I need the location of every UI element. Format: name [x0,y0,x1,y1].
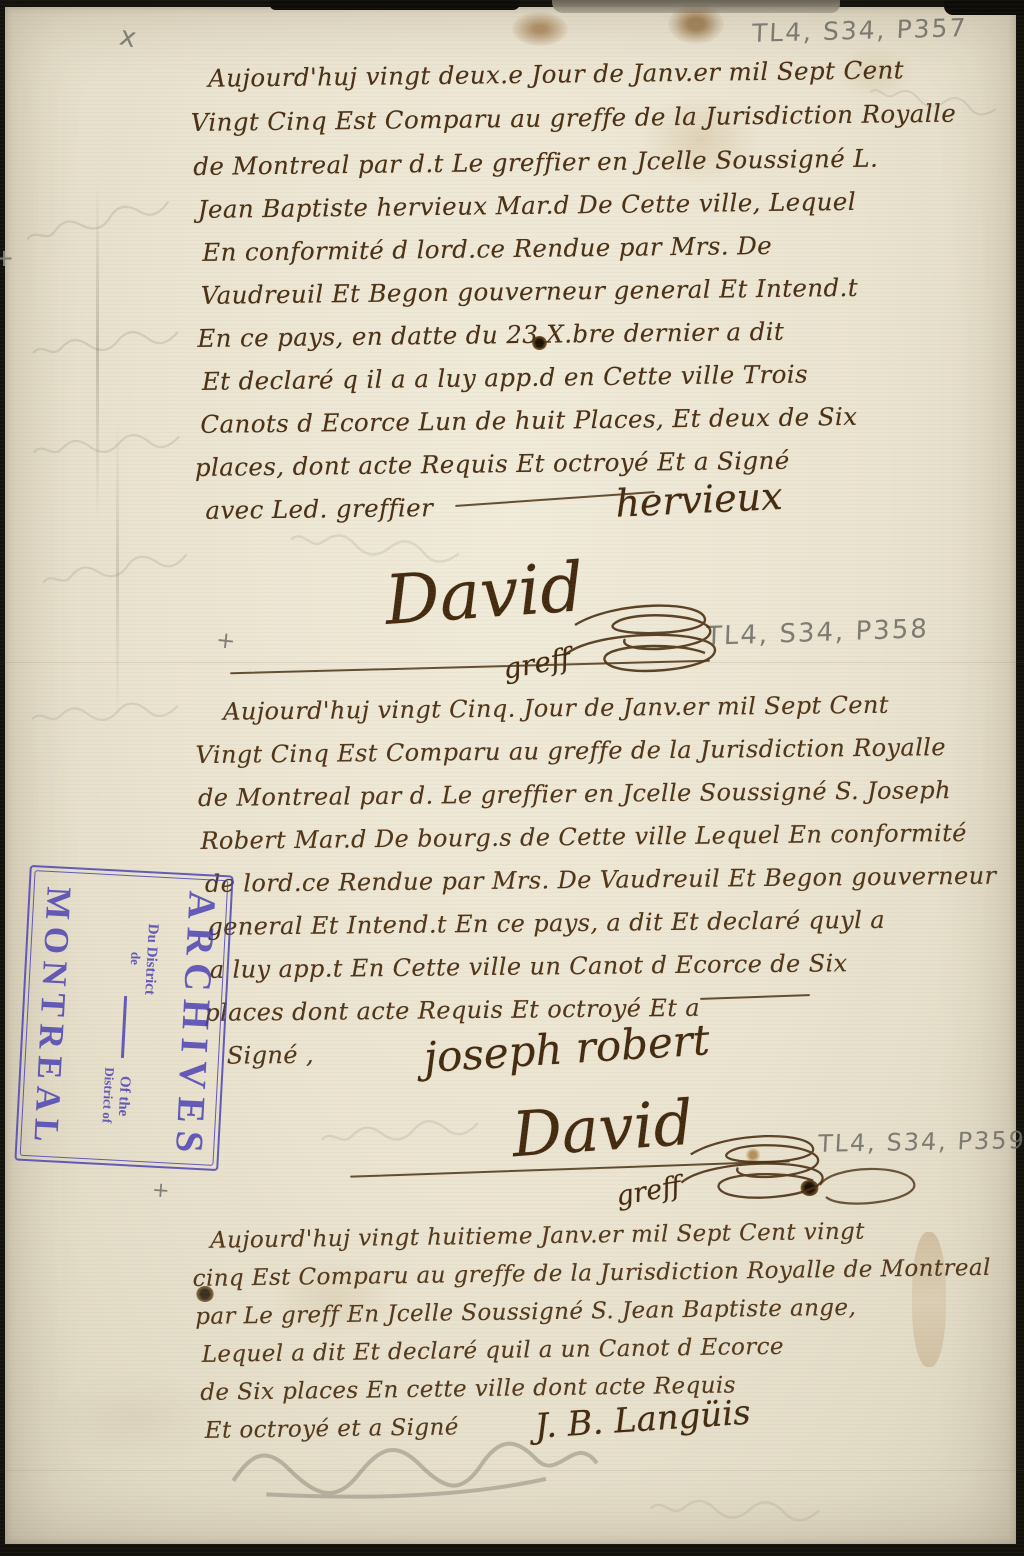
pen-oval-stroke [812,1155,922,1215]
pencil-mark-plus: + [151,1177,170,1202]
page-scan: TL4, S34, P357 TL4, S34, P358 TL4, S34, … [0,0,1024,1556]
closing-formula: Signé , [227,1041,314,1070]
signature-david: David [510,1086,696,1171]
stamp-french-column: Du District de [124,900,162,1018]
signature-flourish [672,1126,832,1211]
torn-edge-light [552,0,840,13]
archive-label-p357: TL4, S34, P357 [751,13,968,48]
crease-streak [116,420,119,720]
pencil-mark-plus: + [215,627,237,655]
pencil-mark-plus: + [0,244,14,272]
crease-streak [96,180,99,520]
stamp-english-column: Of the District of [97,1039,135,1153]
archive-label-p359: TL4, S34, P359 [817,1126,1024,1158]
closing-formula: Et octroyé et a Signé [205,1414,459,1444]
archive-stamp: ARCHIVES Du District de Of the District … [14,865,233,1171]
signature-flourish [555,595,725,685]
fold-crease [0,1470,1024,1471]
torn-edge-dark [270,0,520,10]
closing-formula: avec Led. greffier [205,493,433,525]
signature-hervieux: hervieux [614,474,783,526]
